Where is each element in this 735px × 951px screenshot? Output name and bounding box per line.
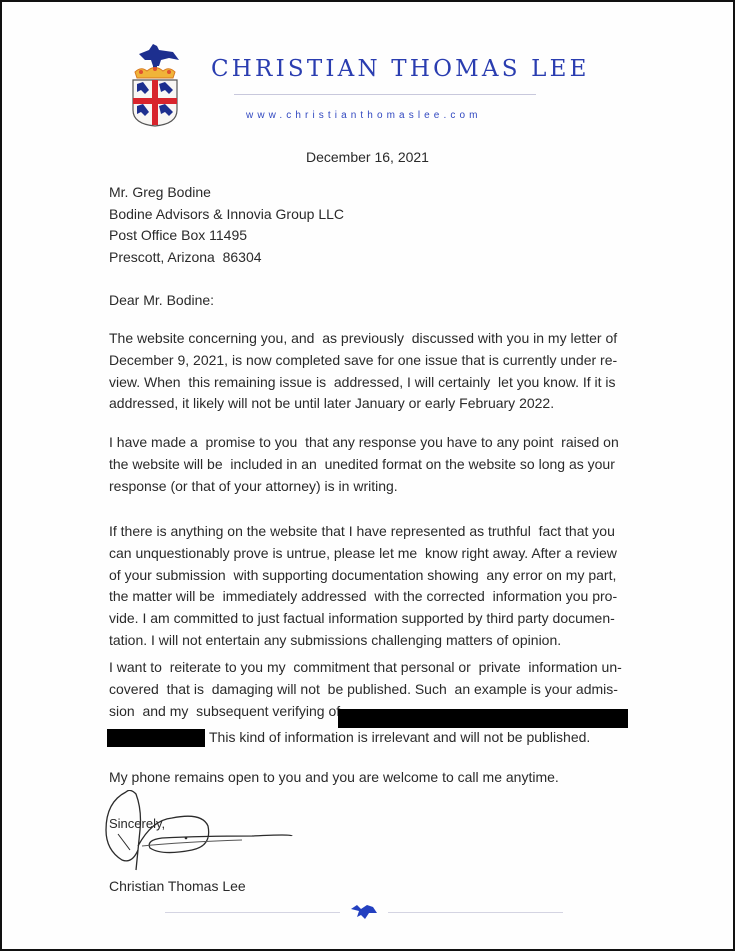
paragraph-line: I want to reiterate to you my commitment… bbox=[109, 657, 649, 679]
paragraph-line: I have made a promise to you that any re… bbox=[109, 432, 649, 454]
redaction-block bbox=[338, 709, 628, 728]
recipient-company: Bodine Advisors & Innovia Group LLC bbox=[109, 204, 344, 226]
paragraph-line: the website will be included in an unedi… bbox=[109, 454, 649, 476]
valediction: Sincerely, bbox=[109, 816, 165, 831]
paragraph-line: covered that is damaging will not be pub… bbox=[109, 679, 649, 701]
paragraph-line: response (or that of your attorney) is i… bbox=[109, 476, 649, 498]
footer-divider-right bbox=[388, 912, 563, 913]
handwritten-signature bbox=[102, 790, 342, 890]
body-paragraph-3: If there is anything on the website that… bbox=[109, 521, 649, 652]
signer-name: Christian Thomas Lee bbox=[109, 878, 246, 894]
letter-page: CHRISTIAN THOMAS LEE www.christianthomas… bbox=[0, 0, 735, 951]
footer-divider-left bbox=[165, 912, 340, 913]
paragraph-line: view. When this remaining issue is addre… bbox=[109, 372, 649, 394]
paragraph-line: December 9, 2021, is now completed save … bbox=[109, 350, 649, 372]
letterhead-divider bbox=[234, 94, 536, 95]
letter-date: December 16, 2021 bbox=[306, 149, 429, 165]
body-paragraph-2: I have made a promise to you that any re… bbox=[109, 432, 649, 497]
redaction-block bbox=[107, 729, 205, 747]
paragraph-line: If there is anything on the website that… bbox=[109, 521, 649, 543]
paragraph-line: addressed, it likely will not be until l… bbox=[109, 393, 649, 415]
paragraph-line: The website concerning you, and as previ… bbox=[109, 328, 649, 350]
recipient-address: Mr. Greg Bodine Bodine Advisors & Innovi… bbox=[109, 182, 344, 268]
paragraph-line: the matter will be immediately addressed… bbox=[109, 586, 649, 608]
salutation: Dear Mr. Bodine: bbox=[109, 292, 214, 308]
recipient-po-box: Post Office Box 11495 bbox=[109, 225, 344, 247]
heraldic-crest-icon bbox=[129, 40, 181, 128]
recipient-name: Mr. Greg Bodine bbox=[109, 182, 344, 204]
body-paragraph-1: The website concerning you, and as previ… bbox=[109, 328, 649, 415]
closing-line: My phone remains open to you and you are… bbox=[109, 769, 559, 785]
paragraph-line: can unquestionably prove is untrue, plea… bbox=[109, 543, 649, 565]
letterhead-name: CHRISTIAN THOMAS LEE bbox=[211, 56, 556, 82]
paragraph-line: vide. I am committed to just factual inf… bbox=[109, 608, 649, 630]
paragraph-line: tation. I will not entertain any submiss… bbox=[109, 630, 649, 652]
letterhead-website-link[interactable]: www.christianthomaslee.com bbox=[246, 110, 482, 121]
eagle-emblem-icon bbox=[349, 903, 379, 921]
paragraph-line: of your submission with supporting docum… bbox=[109, 565, 649, 587]
paragraph-line: This kind of information is irrelevant a… bbox=[209, 729, 590, 745]
recipient-city-state-zip: Prescott, Arizona 86304 bbox=[109, 247, 344, 269]
